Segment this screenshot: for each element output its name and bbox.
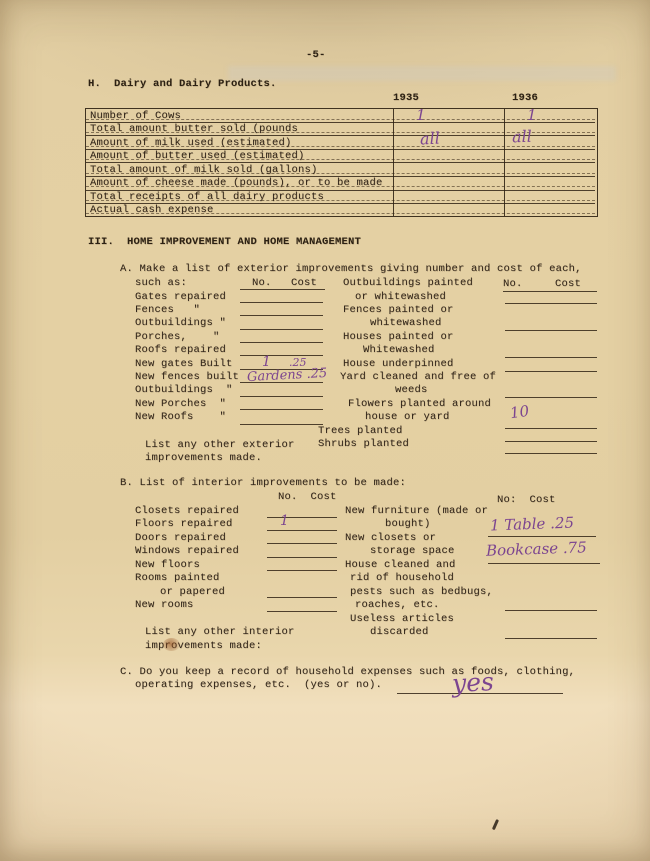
- blank-line: [240, 289, 325, 290]
- table-row-label: Total receipts of all dairy products: [90, 192, 324, 203]
- handwritten-yes-answer: yes: [451, 667, 494, 698]
- secA-left-item: New Porches ": [135, 399, 226, 410]
- secB-intro: B. List of interior improvements to be m…: [120, 478, 406, 489]
- blank-line: [505, 441, 597, 442]
- secB-left-item: Closets repaired: [135, 506, 239, 517]
- blank-line: [240, 302, 323, 303]
- secA-other-line1: List any other exterior: [145, 440, 295, 451]
- handwritten-cows-1936: 1: [527, 106, 537, 124]
- secB-right-item: rid of household: [350, 573, 454, 584]
- blank-line: [488, 563, 600, 564]
- secA-other-line2: improvements made.: [145, 453, 262, 464]
- secA-right-item: Trees planted: [318, 426, 403, 437]
- secB-right-item: storage space: [370, 546, 455, 557]
- scanned-form-page: -5- H. Dairy and Dairy Products. 1935 19…: [0, 0, 650, 861]
- table-row-label: Number of Cows: [90, 111, 181, 122]
- table-row-label: Amount of butter used (estimated): [90, 151, 305, 162]
- blank-line: [505, 638, 597, 639]
- secA-right-item: Houses painted or: [343, 332, 454, 343]
- secB-left-item: Floors repaired: [135, 519, 233, 530]
- secA-right-item: Whitewashed: [363, 345, 435, 356]
- blank-line: [505, 453, 597, 454]
- blank-line: [240, 329, 323, 330]
- dairy-year-1936: 1936: [512, 93, 538, 104]
- secA-no-cost-right: No. Cost: [503, 279, 581, 290]
- table-row-label: Total amount butter sold (pounds: [90, 124, 298, 135]
- secA-right-item: Fences painted or: [343, 305, 454, 316]
- section3-heading: III. HOME IMPROVEMENT AND HOME MANAGEMEN…: [88, 237, 361, 248]
- blank-line: [267, 611, 337, 612]
- scan-artifact-band: [228, 66, 616, 81]
- paper-stain: [163, 638, 180, 651]
- blank-line: [267, 530, 337, 531]
- handwritten-cows-1935: 1: [416, 106, 426, 124]
- dairy-year-1935: 1935: [393, 93, 419, 104]
- handwritten-floors-number: 1: [280, 513, 289, 529]
- blank-line: [240, 315, 323, 316]
- secB-left-item: New rooms: [135, 600, 194, 611]
- table-row-label: Actual cash expense: [90, 205, 214, 216]
- table-row-label: Amount of cheese made (pounds), or to be…: [90, 178, 383, 189]
- secA-left-item: Gates repaired: [135, 292, 226, 303]
- blank-line: [505, 357, 597, 358]
- secB-left-item: New floors: [135, 560, 200, 571]
- blank-line: [505, 428, 597, 429]
- handwritten-flowers-number: 10: [509, 402, 530, 422]
- blank-line: [240, 424, 323, 425]
- secB-other-line1: List any other interior: [145, 627, 295, 638]
- blank-line: [267, 543, 337, 544]
- secA-left-item: New Roofs ": [135, 412, 226, 423]
- secA-such-as: such as:: [135, 278, 187, 289]
- blank-line: [488, 536, 596, 537]
- table-row-label: Total amount of milk sold (gallons): [90, 165, 318, 176]
- dairy-table: Number of Cows Total amount butter sold …: [85, 108, 598, 217]
- blank-line: [505, 610, 597, 611]
- dairy-section-heading: H. Dairy and Dairy Products.: [88, 79, 277, 90]
- secB-right-item: House cleaned and: [345, 560, 456, 571]
- secB-left-item: Rooms painted: [135, 573, 220, 584]
- secA-left-item: Porches, ": [135, 332, 220, 343]
- blank-line: [505, 303, 597, 304]
- secB-no-cost-left: No. Cost: [278, 492, 337, 503]
- secB-right-item: New closets or: [345, 533, 436, 544]
- table-row-label: Amount of milk used (estimated): [90, 138, 292, 149]
- secA-left-item: Roofs repaired: [135, 345, 226, 356]
- blank-line: [505, 330, 597, 331]
- handwritten-new-closets: Bookcase .75: [486, 538, 587, 560]
- secB-right-item: roaches, etc.: [355, 600, 440, 611]
- secA-right-item: Yard cleaned and free of: [340, 372, 496, 383]
- secA-right-item: whitewashed: [370, 318, 442, 329]
- blank-line: [503, 291, 597, 292]
- secB-left-item: Windows repaired: [135, 546, 239, 557]
- secA-right-item: Shrubs planted: [318, 439, 409, 450]
- secA-right-item: weeds: [395, 385, 428, 396]
- secB-right-item: discarded: [370, 627, 429, 638]
- secA-no-cost-left: No. Cost: [252, 278, 317, 289]
- blank-line: [267, 597, 337, 598]
- secB-no-cost-right: No: Cost: [497, 495, 556, 506]
- secB-right-item: Useless articles: [350, 614, 454, 625]
- blank-line: [267, 517, 337, 518]
- handwritten-milk-1935: all: [420, 128, 441, 148]
- secA-left-item: Outbuildings ": [135, 318, 226, 329]
- secA-left-item: Fences ": [135, 305, 200, 316]
- blank-line: [505, 397, 597, 398]
- handwritten-new-furniture: 1 Table .25: [490, 514, 575, 535]
- secB-right-item: pests such as bedbugs,: [350, 587, 493, 598]
- blank-line: [240, 396, 323, 397]
- secB-left-item: Doors repaired: [135, 533, 226, 544]
- secA-right-header: Outbuildings painted: [343, 278, 473, 289]
- blank-line: [505, 371, 597, 372]
- secB-right-item: bought): [385, 519, 431, 530]
- blank-line: [240, 409, 323, 410]
- secC-line2: operating expenses, etc. (yes or no).: [135, 680, 382, 691]
- handwritten-milk-1936: all: [512, 127, 532, 147]
- blank-line: [267, 570, 337, 571]
- secA-right-item: house or yard: [365, 412, 450, 423]
- secA-left-item: New fences built: [135, 372, 239, 383]
- secA-left-item: Outbuildings ": [135, 385, 233, 396]
- secA-right-item: Flowers planted around: [348, 399, 491, 410]
- handwritten-new-gates-number: 1: [262, 354, 271, 370]
- ink-speck: [492, 819, 499, 830]
- secA-left-item: New gates Built: [135, 359, 233, 370]
- secA-right-item: or whitewashed: [355, 292, 446, 303]
- blank-line: [267, 557, 337, 558]
- blank-line: [240, 342, 323, 343]
- secC-line1: C. Do you keep a record of household exp…: [120, 667, 575, 678]
- secA-right-item: House underpinned: [343, 359, 454, 370]
- page-number: -5-: [306, 50, 326, 61]
- blank-line: [240, 355, 323, 356]
- secA-intro: A. Make a list of exterior improvements …: [120, 264, 582, 275]
- secB-right-item: New furniture (made or: [345, 506, 488, 517]
- secB-left-item: or papered: [160, 587, 225, 598]
